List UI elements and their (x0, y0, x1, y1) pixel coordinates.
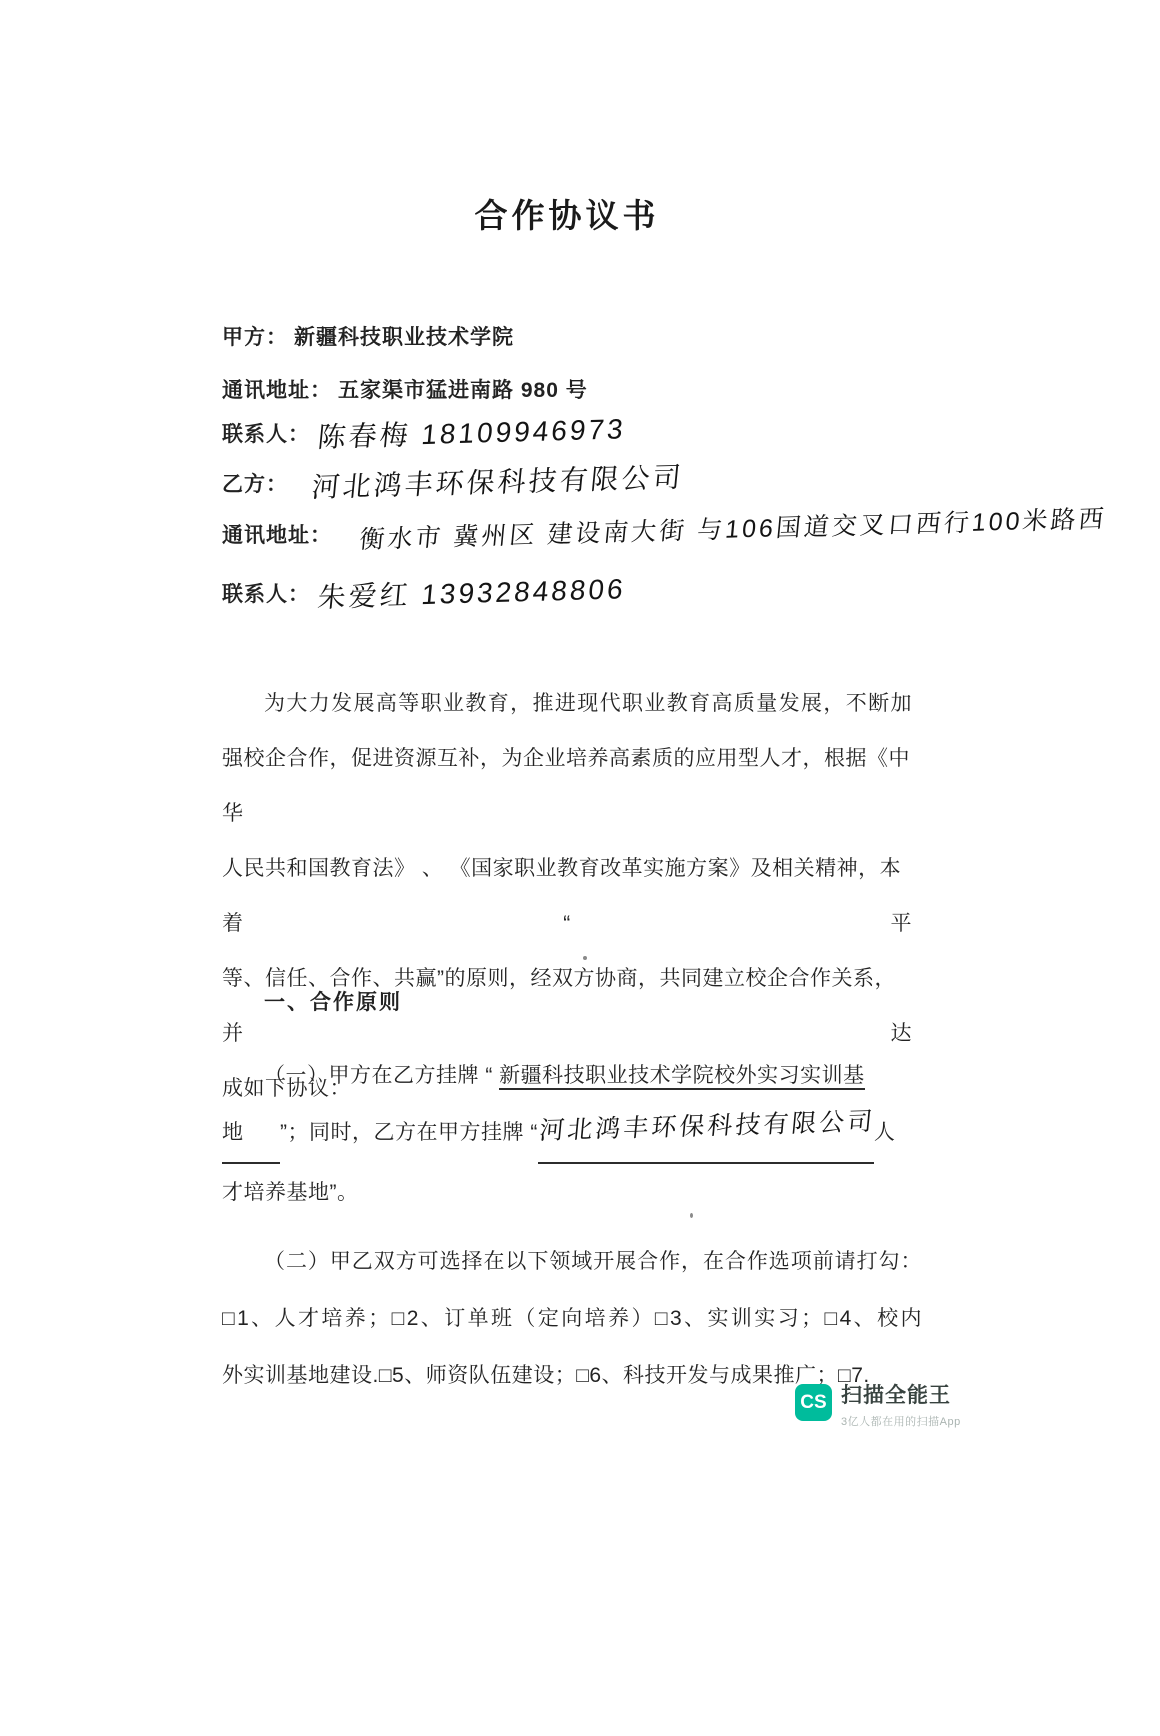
party-b-label: 乙方： (222, 473, 288, 496)
clause-one-paragraph: （一）甲方在乙方挂牌 “ 新疆科技职业技术学院校外实习实训基 地”；同时，乙方在… (222, 1047, 912, 1221)
party-a-address-value: 五家渠市猛进南路 980 号 (338, 379, 588, 402)
camscanner-icon-letters: CS (800, 1392, 826, 1414)
clause-two-line-1: （二）甲乙双方可选择在以下领域开展合作，在合作选项前请打勾： (222, 1233, 922, 1290)
party-b-address-row: 通讯地址：衡水市 冀州区 建设南大街 与106国道交叉口西行100米路西 (222, 520, 1105, 556)
party-b-address-label: 通讯地址： (222, 524, 332, 547)
party-a-label: 甲方： (222, 326, 288, 349)
clause-one-handwritten-fill: 河北鸿丰环保科技有限公司 (538, 1104, 874, 1164)
company-name-handwriting: 河北鸿丰环保科技有限公司 (538, 1107, 877, 1146)
party-a-address-label: 通讯地址： (222, 379, 332, 402)
party-b-contact-row: 联系人：朱爱红 13932848806 (222, 576, 624, 616)
party-a-address-row: 通讯地址：五家渠市猛进南路 980 号 (222, 374, 588, 404)
camscanner-icon: CS (795, 1384, 832, 1421)
scan-artifact-speck (690, 1213, 693, 1218)
camscanner-brand-name: 扫描全能王 (841, 1384, 961, 1408)
party-b-contact-handwriting: 朱爱红 13932848806 (316, 567, 628, 616)
clause-one-line-2: 地”；同时，乙方在甲方挂牌 “河北鸿丰环保科技有限公司人 (222, 1104, 912, 1164)
party-a-contact-label: 联系人： (222, 423, 310, 446)
clause-one-lead: （一）甲方在乙方挂牌 “ (222, 1064, 499, 1087)
scan-artifact-speck (583, 956, 587, 960)
clause-one-underline-continuation: 地 (222, 1104, 280, 1164)
clause-one-tail: 人 (874, 1121, 896, 1144)
camscanner-watermark: CS 扫描全能王 3亿人都在用的扫描App (795, 1384, 961, 1429)
clause-two-line-2: □1、人才培养；□2、订单班（定向培养）□3、实训实习；□4、校内 (222, 1290, 922, 1347)
party-a-value: 新疆科技职业技术学院 (294, 326, 514, 349)
preamble-line-3: 人民共和国教育法》 、 《国家职业教育改革实施方案》及相关精神，本着“平 (222, 841, 912, 951)
section-one-heading: 一、合作原则 (264, 986, 402, 1016)
clause-two-paragraph: （二）甲乙双方可选择在以下领域开展合作，在合作选项前请打勾： □1、人才培养；□… (222, 1233, 922, 1404)
party-b-handwriting: 河北鸿丰环保科技有限公司 (310, 455, 686, 506)
party-b-row: 乙方：河北鸿丰环保科技有限公司 (222, 466, 682, 506)
camscanner-text-block: 扫描全能王 3亿人都在用的扫描App (841, 1384, 961, 1429)
party-b-address-handwriting: 衡水市 冀州区 建设南大街 与106国道交叉口西行100米路西 (358, 499, 1108, 556)
camscanner-tagline: 3亿人都在用的扫描App (841, 1413, 961, 1429)
scanned-contract-page: 合作协议书 甲方：新疆科技职业技术学院 通讯地址：五家渠市猛进南路 980 号 … (0, 0, 1160, 1736)
preamble-line-2: 强校企合作，促进资源互补，为企业培养高素质的应用型人才，根据《中华 (222, 731, 912, 841)
clause-one-line-3: 才培养基地”。 (222, 1164, 912, 1221)
party-a-contact-handwriting: 陈春梅 18109946973 (316, 407, 628, 456)
clause-one-line-1: （一）甲方在乙方挂牌 “ 新疆科技职业技术学院校外实习实训基 (222, 1047, 912, 1104)
party-a-contact-row: 联系人：陈春梅 18109946973 (222, 416, 624, 456)
party-b-contact-label: 联系人： (222, 583, 310, 606)
preamble-line-1: 为大力发展高等职业教育，推进现代职业教育高质量发展，不断加 (222, 676, 912, 731)
party-a-row: 甲方：新疆科技职业技术学院 (222, 321, 514, 351)
clause-one-middle: ”；同时，乙方在甲方挂牌 “ (280, 1121, 538, 1144)
document-title: 合作协议书 (222, 190, 912, 237)
clause-one-underlined-fill: 新疆科技职业技术学院校外实习实训基 (499, 1064, 865, 1090)
